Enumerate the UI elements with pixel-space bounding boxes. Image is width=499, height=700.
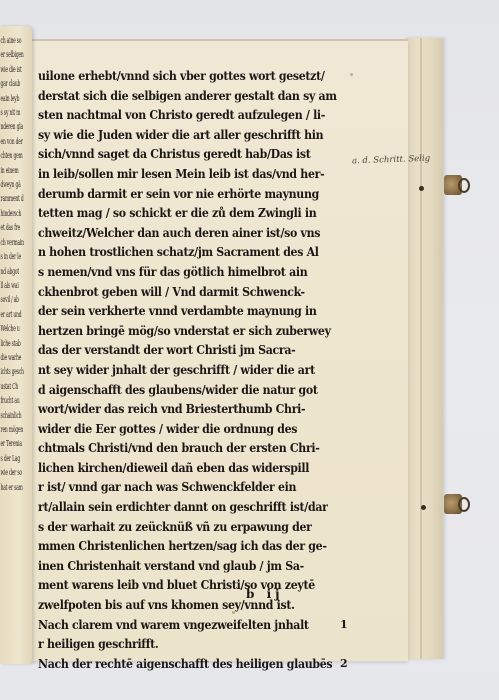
left-page-line: et das fre: [0, 221, 18, 235]
text-line: tetten mag / so schickt er die zů dem Zw…: [38, 203, 304, 223]
text-line: wort/wider das reich vnd Briesterthumb C…: [38, 399, 304, 419]
signature-mark: b ij: [246, 587, 283, 601]
left-page-line: wie die ist: [0, 63, 18, 77]
left-page-line: chten gem: [0, 149, 18, 163]
lower-nail-icon: [421, 505, 426, 510]
vellum-binding: [405, 38, 443, 659]
left-page-line: liche stab: [0, 337, 18, 351]
text-line: wider die Eer gottes / wider die ordnung…: [38, 419, 304, 439]
left-page-line: er Terenia: [0, 437, 18, 451]
left-page-line: ustat Ch: [0, 380, 18, 394]
left-page-line: en von der: [0, 135, 18, 149]
left-page-line: s sy nit m: [0, 106, 18, 120]
text-line: lichen kirchen/dieweil dañ eben das wide…: [38, 458, 304, 478]
upper-clasp-ring-icon: [458, 178, 470, 193]
left-page-line: nderen gla: [0, 120, 18, 134]
text-line: das der verstandt der wort Christi jm Sa…: [38, 340, 304, 360]
text-line: Nach clarem vnd warem vngezweifelten jnh…: [38, 615, 304, 635]
text-line: inen Christenhait verstand vnd glaub / j…: [38, 556, 304, 576]
text-line: in leib/sollen mir lesen Mein leib ist d…: [38, 164, 304, 184]
left-page-line: gar claub: [0, 77, 18, 91]
binding-fold: [420, 38, 422, 659]
left-page-line: ramment d: [0, 192, 18, 206]
margin-number-1: 1: [340, 618, 348, 631]
text-line: uilone erhebt/vnnd sich vber gottes wort…: [38, 66, 304, 86]
left-page-line: ren mögen: [0, 423, 18, 437]
text-line: ckhenbrot geben will / Vnd darmit Schwen…: [38, 282, 304, 302]
upper-nail-icon: [419, 186, 424, 191]
left-page-line: schainlich: [0, 409, 18, 423]
paper-speck: [232, 611, 235, 614]
left-page-line: ll als wai: [0, 279, 18, 293]
left-page-line: dweyn gä: [0, 178, 18, 192]
left-page-line: nd abgot: [0, 265, 18, 279]
text-line: sich/vnnd saget da Christus geredt hab/D…: [38, 144, 304, 164]
text-line: r heiligen geschrifft.: [38, 634, 304, 654]
main-text-block: uilone erhebt/vnnd sich vber gottes wort…: [38, 66, 338, 673]
left-page-line: er art und: [0, 308, 18, 322]
text-line: chtmals Christi/vnd den brauch der erste…: [38, 438, 304, 458]
text-line: sy wie die Juden wider die art aller ges…: [38, 125, 304, 145]
text-line: hertzen bringē mög/so vnderstat er sich …: [38, 321, 304, 341]
text-line: s der warhait zu zeücknüß vñ zu erpawung…: [38, 517, 304, 537]
lower-clasp-ring-icon: [458, 497, 470, 512]
margin-number-2: 2: [340, 657, 348, 670]
left-page-line: hat er sam: [0, 481, 18, 495]
text-line: chweitz/Welcher dan auch deren ainer ist…: [38, 223, 304, 243]
text-line: rt/allain sein erdichter dannt on geschr…: [38, 497, 304, 517]
text-line: derstat sich die selbigen anderer gestal…: [38, 86, 304, 106]
photo-scene: ch aine soer selbigenwie die istgar clau…: [0, 0, 499, 700]
text-line: sten nachtmal von Christo geredt aufzule…: [38, 105, 304, 125]
left-page-line: sovil / ab: [0, 293, 18, 307]
left-page-line: ch vermain: [0, 236, 18, 250]
left-page-line: Welche u: [0, 322, 18, 336]
paper-speck: [350, 73, 353, 76]
left-page-line: in einem: [0, 164, 18, 178]
text-line: s nemen/vnd vns für das götlich himelbro…: [38, 262, 304, 282]
left-page-curl: ch aine soer selbigenwie die istgar clau…: [0, 26, 32, 664]
left-page-line: die warhe: [0, 351, 18, 365]
left-page-line: s in der le: [0, 250, 18, 264]
left-page-line: frucht au: [0, 394, 18, 408]
text-line: derumb darmit er sein vor nie erhörte ma…: [38, 184, 304, 204]
text-line: Nach der rechtē aigenschafft des heilige…: [38, 654, 304, 674]
left-page-line: eain leyb: [0, 92, 18, 106]
left-page-line: hindersch: [0, 207, 18, 221]
left-page-line: er selbigen: [0, 48, 18, 62]
left-page-line: s der Lag: [0, 452, 18, 466]
text-line: n hohen trostlichen schatz/jm Sacrament …: [38, 242, 304, 262]
text-line: r ist/ vnnd gar nach was Schwenckfelder …: [38, 477, 304, 497]
left-page-line: ch aine so: [0, 34, 18, 48]
text-line: mmen Christenlichen hertzen/sag ich das …: [38, 536, 304, 556]
text-line: d aigenschafft des glaubens/wider die na…: [38, 380, 304, 400]
left-page-text: ch aine soer selbigenwie die istgar clau…: [0, 26, 32, 495]
text-line: nt sey wider jnhalt der geschrifft / wid…: [38, 360, 304, 380]
text-line: der sein verkherte vnnd verdambte maynun…: [38, 301, 304, 321]
left-page-line: ichts gesch: [0, 365, 18, 379]
left-page-line: wie der so: [0, 466, 18, 480]
